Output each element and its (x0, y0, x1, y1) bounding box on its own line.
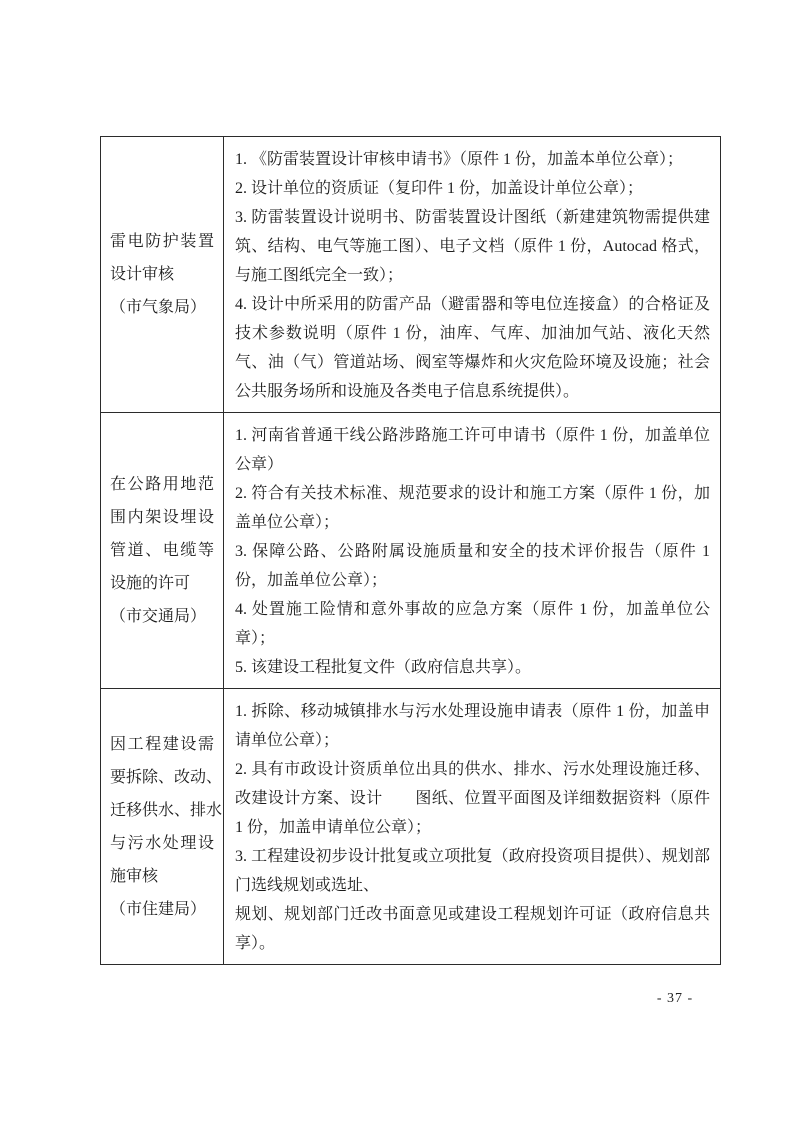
item-name-line: （市住建局） (110, 893, 214, 926)
item-name-line: 设施的许可 (110, 567, 214, 600)
item-name-line: 管道、电缆等 (110, 534, 214, 567)
material-item: 4. 处置施工险情和意外事故的应急方案（原件 1 份，加盖单位公章）； (235, 595, 710, 653)
item-name-line: 设计审核 (110, 258, 214, 291)
document-page: 雷电防护装置设计审核（市气象局）1. 《防雷装置设计审核申请书》（原件 1 份，… (0, 0, 794, 1122)
material-item: 规划、规划部门迁改书面意见或建设工程规划许可证（政府信息共享）。 (235, 900, 710, 958)
material-item: 3. 工程建设初步设计批复或立项批复（政府投资项目提供）、规划部门选线规划或选址… (235, 842, 710, 900)
item-name-line: 施审核 (110, 860, 214, 893)
item-name-line: 因工程建设需 (110, 728, 214, 761)
item-name-cell: 在公路用地范围内架设埋设管道、电缆等设施的许可（市交通局） (101, 413, 224, 689)
materials-cell: 1. 《防雷装置设计审核申请书》（原件 1 份，加盖本单位公章）；2. 设计单位… (224, 137, 721, 413)
material-item: 1. 拆除、移动城镇排水与污水处理设施申请表（原件 1 份，加盖申请单位公章）； (235, 697, 710, 755)
item-name-cell: 雷电防护装置设计审核（市气象局） (101, 137, 224, 413)
item-name-line: 围内架设埋设 (110, 501, 214, 534)
item-name-line: （市交通局） (110, 600, 214, 633)
materials-cell: 1. 拆除、移动城镇排水与污水处理设施申请表（原件 1 份，加盖申请单位公章）；… (224, 689, 721, 965)
material-item: 3. 防雷装置设计说明书、防雷装置设计图纸（新建建筑物需提供建筑、结构、电气等施… (235, 203, 710, 290)
table-row: 在公路用地范围内架设埋设管道、电缆等设施的许可（市交通局）1. 河南省普通干线公… (101, 413, 721, 689)
material-item: 5. 该建设工程批复文件（政府信息共享）。 (235, 653, 710, 682)
materials-cell: 1. 河南省普通干线公路涉路施工许可申请书（原件 1 份，加盖单位公章）2. 符… (224, 413, 721, 689)
requirements-table-body: 雷电防护装置设计审核（市气象局）1. 《防雷装置设计审核申请书》（原件 1 份，… (101, 137, 721, 965)
item-name-line: （市气象局） (110, 291, 214, 324)
material-item: 2. 符合有关技术标准、规范要求的设计和施工方案（原件 1 份，加盖单位公章）； (235, 479, 710, 537)
item-name-line: 要拆除、改动、 (110, 761, 214, 794)
material-item: 1. 《防雷装置设计审核申请书》（原件 1 份，加盖本单位公章）； (235, 145, 710, 174)
material-item: 2. 设计单位的资质证（复印件 1 份，加盖设计单位公章）； (235, 174, 710, 203)
table-row: 因工程建设需要拆除、改动、迁移供水、排水与污水处理设施审核（市住建局）1. 拆除… (101, 689, 721, 965)
item-name-line: 在公路用地范 (110, 468, 214, 501)
material-item: 3. 保障公路、公路附属设施质量和安全的技术评价报告（原件 1 份，加盖单位公章… (235, 537, 710, 595)
page-number: - 37 - (643, 991, 707, 1007)
item-name-line: 雷电防护装置 (110, 225, 214, 258)
table-row: 雷电防护装置设计审核（市气象局）1. 《防雷装置设计审核申请书》（原件 1 份，… (101, 137, 721, 413)
material-item: 2. 具有市政设计资质单位出具的供水、排水、污水处理设施迁移、改建设计方案、设计… (235, 755, 710, 842)
requirements-table: 雷电防护装置设计审核（市气象局）1. 《防雷装置设计审核申请书》（原件 1 份，… (100, 136, 721, 965)
material-item: 1. 河南省普通干线公路涉路施工许可申请书（原件 1 份，加盖单位公章） (235, 421, 710, 479)
item-name-cell: 因工程建设需要拆除、改动、迁移供水、排水与污水处理设施审核（市住建局） (101, 689, 224, 965)
item-name-line: 与污水处理设 (110, 827, 214, 860)
item-name-line: 迁移供水、排水 (110, 794, 214, 827)
material-item: 4. 设计中所采用的防雷产品（避雷器和等电位连接盒）的合格证及技术参数说明（原件… (235, 290, 710, 406)
